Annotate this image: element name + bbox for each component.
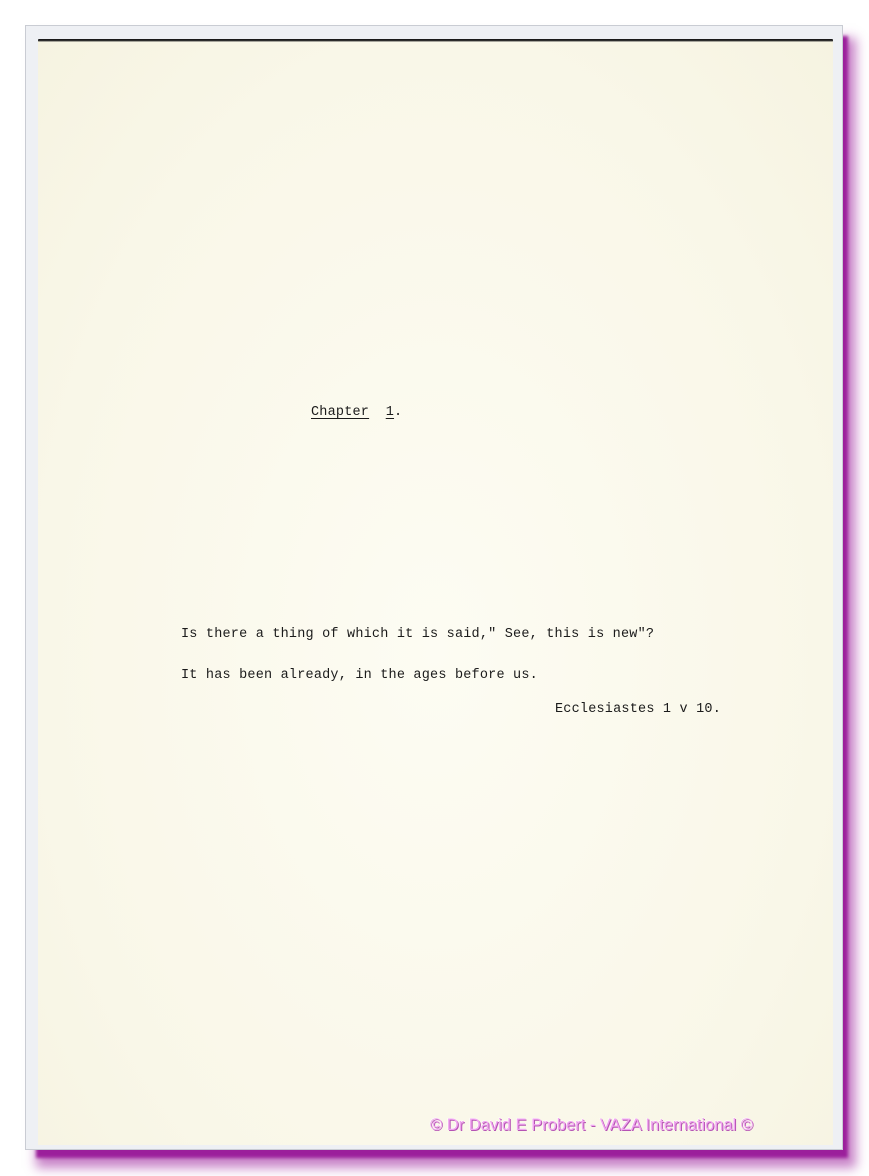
epigraph-line-2: It has been already, in the ages before … bbox=[181, 668, 538, 683]
typed-page bbox=[38, 40, 833, 1145]
chapter-punct: . bbox=[394, 405, 402, 420]
copyright-watermark: © Dr David E Probert - VAZA Internationa… bbox=[430, 1116, 753, 1135]
chapter-heading: Chapter 1. bbox=[311, 405, 402, 420]
page-top-edge bbox=[38, 39, 833, 42]
epigraph-line-1: Is there a thing of which it is said," S… bbox=[181, 627, 654, 642]
chapter-label: Chapter bbox=[311, 405, 369, 420]
epigraph-citation: Ecclesiastes 1 v 10. bbox=[555, 702, 721, 717]
chapter-number: 1 bbox=[386, 405, 394, 420]
